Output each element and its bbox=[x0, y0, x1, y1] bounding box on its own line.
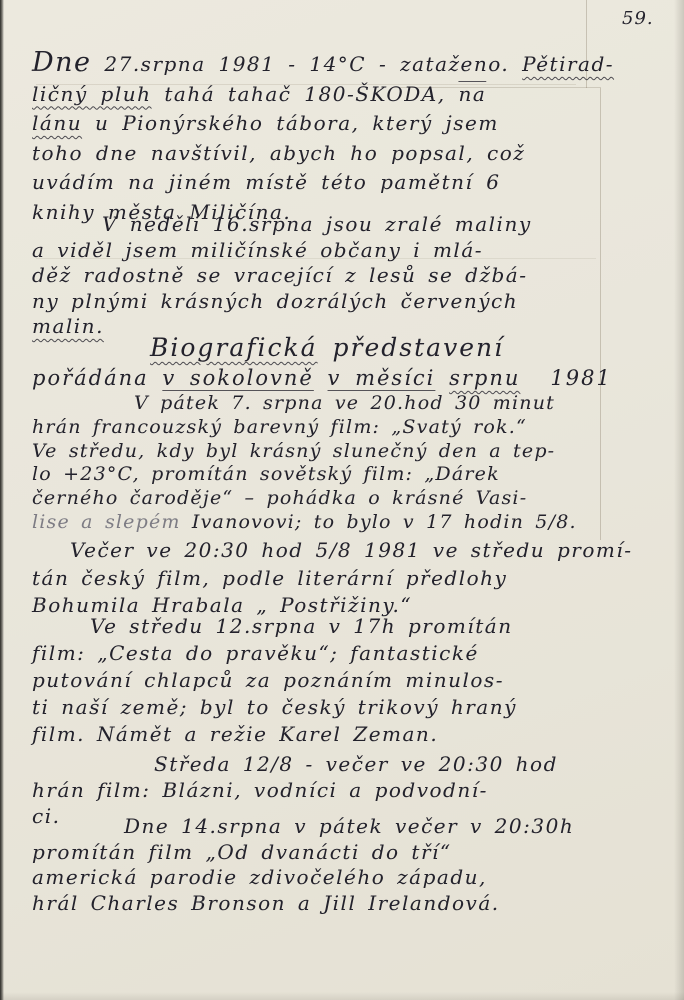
text-line: Ve středu 12.srpna v 17h promítán bbox=[32, 613, 657, 640]
text-line: toho dne navštívil, abych ho popsal, což bbox=[32, 139, 657, 169]
scanned-chronicle-page: 59. Dne 27.srpna 1981 - 14°C - zataženo.… bbox=[0, 0, 684, 1000]
text-line: ny plnými krásných dozrálých červených bbox=[32, 289, 657, 315]
text-segment: lise a slepém bbox=[32, 511, 181, 533]
text-segment: ny plnými krásných dozrálých červených bbox=[32, 289, 518, 313]
text-segment: v sokolovně bbox=[162, 366, 314, 390]
paragraph-bronson-film: Dne 14.srpna v pátek večer v 20:30hpromí… bbox=[32, 814, 657, 916]
text-segment: americká parodie zdivočelého západu, bbox=[32, 865, 487, 889]
text-line: pořádána v sokolovně v měsíci srpnu1981 bbox=[32, 363, 657, 394]
text-segment: u Pionýrského tábora, který jsem bbox=[82, 111, 499, 135]
text-segment: Ivanovovi; to bylo v 17 hodin 5/8. bbox=[181, 511, 577, 533]
text-line: uvádím na jiném místě této pamětní 6 bbox=[32, 168, 657, 198]
text-segment: hrán francouzský barevný film: „Svatý ro… bbox=[32, 416, 527, 438]
text-segment: Biografická bbox=[150, 333, 318, 362]
text-segment: 1981 bbox=[550, 366, 611, 390]
text-segment: Dne 14.srpna v pátek večer v 20:30h bbox=[124, 814, 574, 838]
text-segment: Dne bbox=[32, 47, 92, 78]
text-line: putování chlapců za poznáním minulos- bbox=[32, 667, 657, 694]
text-segment: v měsíci bbox=[328, 366, 436, 390]
text-segment: V neděli 16.srpna jsou zralé maliny bbox=[102, 212, 532, 236]
text-line: a viděl jsem miličínské občany i mlá- bbox=[32, 238, 657, 264]
text-line: děž radostně se vracející z lesů se džbá… bbox=[32, 263, 657, 289]
text-segment: V pátek 7. srpna ve 20.hod 30 minut bbox=[134, 392, 555, 414]
section-heading-biograf: Biografická představenípořádána v sokolo… bbox=[32, 332, 657, 394]
text-segment: toho dne navštívil, abych ho popsal, což bbox=[32, 141, 525, 165]
text-segment: na bbox=[458, 82, 486, 106]
text-line: Večer ve 20:30 hod 5/8 1981 ve středu pr… bbox=[32, 537, 657, 565]
text-segment: lánu bbox=[32, 111, 82, 135]
text-segment: ličný pluh bbox=[32, 82, 152, 106]
text-segment: promítán film „Od dvanácti do tří“ bbox=[32, 840, 452, 864]
text-line: černého čaroděje“ – pohádka o krásné Vas… bbox=[32, 487, 657, 511]
text-segment: představení bbox=[318, 333, 505, 362]
text-line: hrál Charles Bronson a Jill Irelandová. bbox=[32, 891, 657, 917]
text-line: ličný pluh tahá tahač 180-ŠKODA, na bbox=[32, 80, 657, 110]
text-segment: Pětirad- bbox=[522, 52, 614, 76]
text-line: lise a slepém Ivanovovi; to bylo v 17 ho… bbox=[32, 511, 657, 535]
text-line: americká parodie zdivočelého západu, bbox=[32, 865, 657, 891]
text-line: hrán francouzský barevný film: „Svatý ro… bbox=[32, 416, 657, 440]
text-line: tán český film, podle literární předlohy bbox=[32, 565, 657, 593]
text-line: ti naší země; byl to český trikový hraný bbox=[32, 694, 657, 721]
text-segment: putování chlapců za poznáním minulos- bbox=[32, 668, 504, 692]
text-segment: 27.srpna 1981 - 14°C - zataženo. bbox=[92, 52, 523, 76]
text-segment: hrál Charles Bronson a Jill Irelandová. bbox=[32, 891, 500, 915]
paragraph-cesta-do-praveku: Ve středu 12.srpna v 17h promítánfilm: „… bbox=[32, 613, 657, 748]
text-segment: Středa 12/8 - večer ve 20:30 hod bbox=[154, 752, 558, 776]
text-line: Biografická představení bbox=[32, 332, 657, 363]
text-segment: uvádím na jiném místě této pamětní 6 bbox=[32, 170, 501, 194]
text-segment: Večer ve 20:30 hod 5/8 1981 ve středu pr… bbox=[70, 538, 633, 562]
text-segment: film. Námět a režie Karel Zeman. bbox=[32, 722, 438, 746]
text-line: Středa 12/8 - večer ve 20:30 hod bbox=[32, 751, 657, 777]
text-segment bbox=[314, 366, 328, 390]
scan-vignette-right bbox=[674, 0, 684, 1000]
text-segment: ti naší země; byl to český trikový hraný bbox=[32, 695, 517, 719]
text-line: Dne 27.srpna 1981 - 14°C - zataženo. Pět… bbox=[32, 48, 657, 80]
text-line: hrán film: Blázni, vodníci a podvodní- bbox=[32, 777, 657, 803]
text-line: lánu u Pionýrského tábora, který jsem bbox=[32, 109, 657, 139]
text-segment: hrán film: Blázni, vodníci a podvodní- bbox=[32, 778, 488, 802]
page-number: 59. bbox=[622, 8, 654, 29]
text-segment: tahá tahač 180-ŠKODA, bbox=[152, 82, 459, 106]
paragraph-raspberries: V neděli 16.srpna jsou zralé malinya vid… bbox=[32, 212, 657, 340]
text-line: promítán film „Od dvanácti do tří“ bbox=[32, 840, 657, 866]
scan-edge-left bbox=[0, 0, 4, 1000]
paragraph-films-7-august: V pátek 7. srpna ve 20.hod 30 minuthrán … bbox=[32, 392, 657, 535]
text-line: V neděli 16.srpna jsou zralé maliny bbox=[32, 212, 657, 238]
paragraph-postriziny: Večer ve 20:30 hod 5/8 1981 ve středu pr… bbox=[32, 537, 657, 620]
text-line: Dne 14.srpna v pátek večer v 20:30h bbox=[32, 814, 657, 840]
text-segment: Ve středu 12.srpna v 17h promítán bbox=[90, 614, 513, 638]
text-line: lo +23°C, promítán sovětský film: „Dárek bbox=[32, 463, 657, 487]
text-line: film. Námět a režie Karel Zeman. bbox=[32, 721, 657, 748]
text-line: V pátek 7. srpna ve 20.hod 30 minut bbox=[32, 392, 657, 416]
text-segment: srpnu bbox=[449, 366, 520, 390]
text-segment: Ve středu, kdy byl krásný slunečný den a… bbox=[32, 440, 555, 462]
text-segment: a viděl jsem miličínské občany i mlá- bbox=[32, 238, 483, 262]
text-segment: pořádána bbox=[32, 366, 162, 390]
text-segment: film: „Cesta do pravěku“; fantastické bbox=[32, 641, 479, 665]
text-segment: děž radostně se vracející z lesů se džbá… bbox=[32, 263, 527, 287]
text-line: Ve středu, kdy byl krásný slunečný den a… bbox=[32, 440, 657, 464]
text-line: film: „Cesta do pravěku“; fantastické bbox=[32, 640, 657, 667]
paragraph-weather-and-plough: Dne 27.srpna 1981 - 14°C - zataženo. Pět… bbox=[32, 48, 657, 227]
text-segment: tán český film, podle literární předlohy bbox=[32, 566, 507, 590]
text-segment: černého čaroděje“ – pohádka o krásné Vas… bbox=[32, 487, 527, 509]
text-segment bbox=[435, 366, 449, 390]
scan-vignette-bottom bbox=[0, 992, 684, 1000]
text-segment: lo +23°C, promítán sovětský film: „Dárek bbox=[32, 463, 500, 485]
